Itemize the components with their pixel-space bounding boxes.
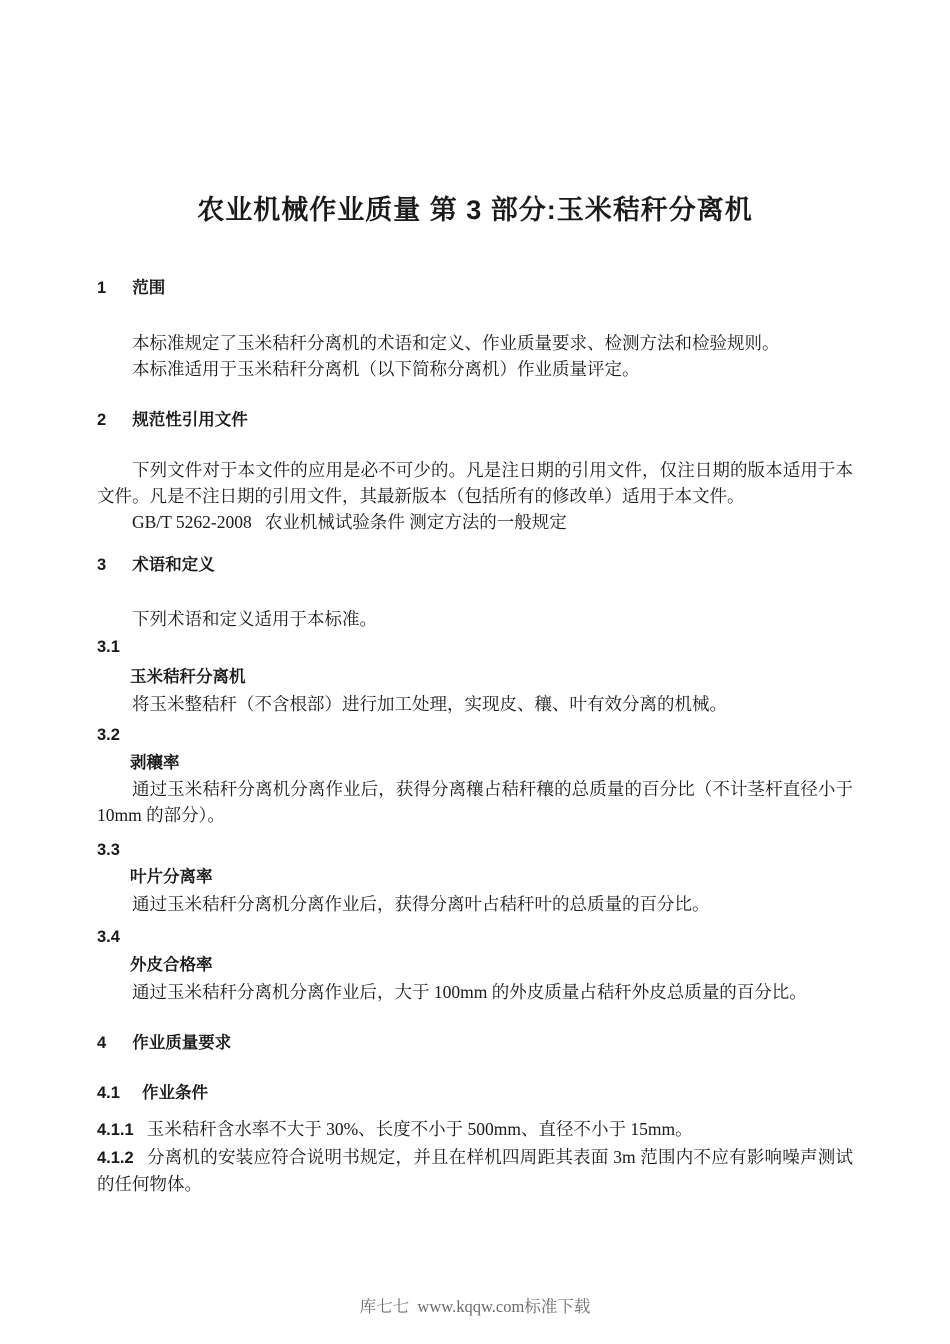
watermark-footer: 库七七 www.kqqw.com标准下载	[0, 1296, 950, 1318]
term-3-1-number: 3.1	[97, 637, 853, 658]
section-4-1-title: 作业条件	[142, 1084, 208, 1102]
normative-reference-item: GB/T 5262-2008 农业机械试验条件 测定方法的一般规定	[97, 509, 853, 535]
section-1-heading: 1范围	[97, 278, 853, 299]
term-3-4-definition: 通过玉米秸秆分离机分离作业后，大于 100mm 的外皮质量占秸秆外皮总质量的百分…	[97, 979, 853, 1005]
term-3-1-definition: 将玉米整秸秆（不含根部）进行加工处理，实现皮、穰、叶有效分离的机械。	[97, 691, 853, 717]
term-3-3-name: 叶片分离率	[130, 867, 886, 888]
section-2-title: 规范性引用文件	[132, 411, 248, 429]
section-4-title: 作业质量要求	[132, 1034, 231, 1052]
term-3-2-definition: 通过玉米秸秆分离机分离作业后，获得分离穰占秸秆穰的总质量的百分比（不计茎杆直径小…	[97, 776, 853, 828]
section-4-number: 4	[97, 1033, 106, 1054]
term-3-3-definition: 通过玉米秸秆分离机分离作业后，获得分离叶占秸秆叶的总质量的百分比。	[97, 891, 853, 917]
document-title: 农业机械作业质量 第 3 部分:玉米秸秆分离机	[97, 193, 853, 227]
term-3-3-definition-text: 通过玉米秸秆分离机分离作业后，获得分离叶占秸秆叶的总质量的百分比。	[97, 891, 853, 917]
clause-4-1-1: 4.1.1玉米秸秆含水率不大于 30%、长度不小于 500mm、直径不小于 15…	[97, 1116, 853, 1143]
terms-intro-paragraph: 下列术语和定义适用于本标准。	[97, 606, 853, 632]
term-3-4-definition-text: 通过玉米秸秆分离机分离作业后，大于 100mm 的外皮质量占秸秆外皮总质量的百分…	[97, 979, 853, 1005]
clause-4-1-2-number: 4.1.2	[97, 1149, 134, 1167]
section-4-heading: 4作业质量要求	[97, 1033, 853, 1054]
term-3-2-name: 剥穰率	[130, 753, 886, 774]
section-3-title: 术语和定义	[132, 556, 215, 574]
term-3-3-number: 3.3	[97, 840, 853, 861]
document-page: 农业机械作业质量 第 3 部分:玉米秸秆分离机 1范围 本标准规定了玉米秸秆分离…	[0, 0, 950, 1344]
section-4-1-heading: 4.1作业条件	[97, 1083, 853, 1104]
scope-paragraphs: 本标准规定了玉米秸秆分离机的术语和定义、作业质量要求、检测方法和检验规则。 本标…	[97, 330, 853, 382]
normative-references: 下列文件对于本文件的应用是必不可少的。凡是注日期的引用文件，仅注日期的版本适用于…	[97, 457, 853, 535]
term-3-1-definition-text: 将玉米整秸秆（不含根部）进行加工处理，实现皮、穰、叶有效分离的机械。	[97, 691, 853, 717]
clause-4-1-2-text: 分离机的安装应符合说明书规定，并且在样机四周距其表面 3m 范围内不应有影响噪声…	[97, 1147, 853, 1194]
term-3-2-number: 3.2	[97, 725, 853, 746]
normative-references-paragraph: 下列文件对于本文件的应用是必不可少的。凡是注日期的引用文件，仅注日期的版本适用于…	[97, 457, 853, 509]
clause-4-1-1-text: 玉米秸秆含水率不大于 30%、长度不小于 500mm、直径不小于 15mm。	[147, 1119, 693, 1139]
section-1-number: 1	[97, 278, 106, 299]
section-4-1-number: 4.1	[97, 1083, 120, 1104]
term-3-4-name: 外皮合格率	[130, 955, 886, 976]
terms-intro: 下列术语和定义适用于本标准。	[97, 606, 853, 632]
clause-4-1-2: 4.1.2分离机的安装应符合说明书规定，并且在样机四周距其表面 3m 范围内不应…	[97, 1144, 853, 1197]
section-1-title: 范围	[132, 279, 165, 297]
section-3-heading: 3术语和定义	[97, 555, 853, 576]
section-3-number: 3	[97, 555, 106, 576]
term-3-1-name: 玉米秸秆分离机	[130, 667, 886, 688]
section-2-number: 2	[97, 410, 106, 431]
term-3-4-number: 3.4	[97, 927, 853, 948]
term-3-2-definition-text: 通过玉米秸秆分离机分离作业后，获得分离穰占秸秆穰的总质量的百分比（不计茎杆直径小…	[97, 776, 853, 828]
scope-paragraph-2: 本标准适用于玉米秸秆分离机（以下简称分离机）作业质量评定。	[97, 356, 853, 382]
clause-4-1-1-number: 4.1.1	[97, 1121, 134, 1139]
scope-paragraph-1: 本标准规定了玉米秸秆分离机的术语和定义、作业质量要求、检测方法和检验规则。	[97, 330, 853, 356]
section-2-heading: 2规范性引用文件	[97, 410, 853, 431]
